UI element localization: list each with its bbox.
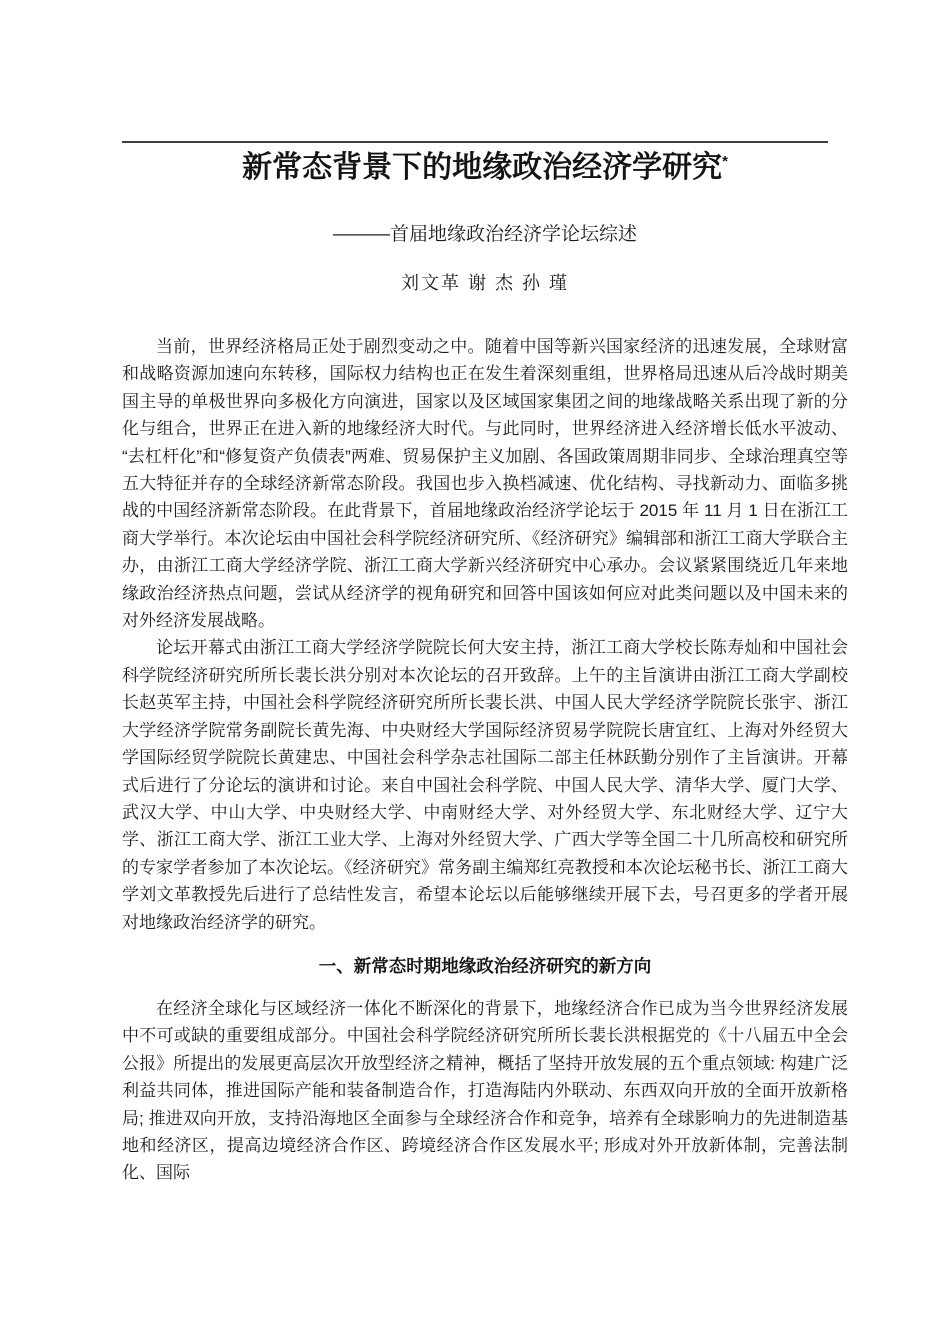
document-content: 新常态背景下的地缘政治经济学研究* ———首届地缘政治经济学论坛综述 刘文革 谢… xyxy=(122,0,848,1344)
section-one-heading: 一、新常态时期地缘政治经济研究的新方向 xyxy=(122,953,848,979)
document-title-text: 新常态背景下的地缘政治经济学研究 xyxy=(242,151,722,184)
paragraph-forum-overview: 论坛开幕式由浙江工商大学经济学院院长何大安主持，浙江工商大学校长陈寿灿和中国社会… xyxy=(122,634,848,935)
document-subtitle: ———首届地缘政治经济学论坛综述 xyxy=(122,221,848,248)
article-body: 当前，世界经济格局正处于剧烈变动之中。随着中国等新兴国家经济的迅速发展，全球财富… xyxy=(122,333,848,1187)
document-title: 新常态背景下的地缘政治经济学研究* xyxy=(122,146,848,190)
paragraph-section-one: 在经济全球化与区域经济一体化不断深化的背景下，地缘经济合作已成为当今世界经济发展… xyxy=(122,995,848,1187)
document-page: 新常态背景下的地缘政治经济学研究* ———首届地缘政治经济学论坛综述 刘文革 谢… xyxy=(0,0,950,1344)
title-separator-line xyxy=(122,141,828,143)
author-line: 刘文革 谢 杰 孙 瑾 xyxy=(122,270,848,297)
footnote-asterisk: * xyxy=(722,153,728,170)
paragraph-intro: 当前，世界经济格局正处于剧烈变动之中。随着中国等新兴国家经济的迅速发展，全球财富… xyxy=(122,333,848,634)
